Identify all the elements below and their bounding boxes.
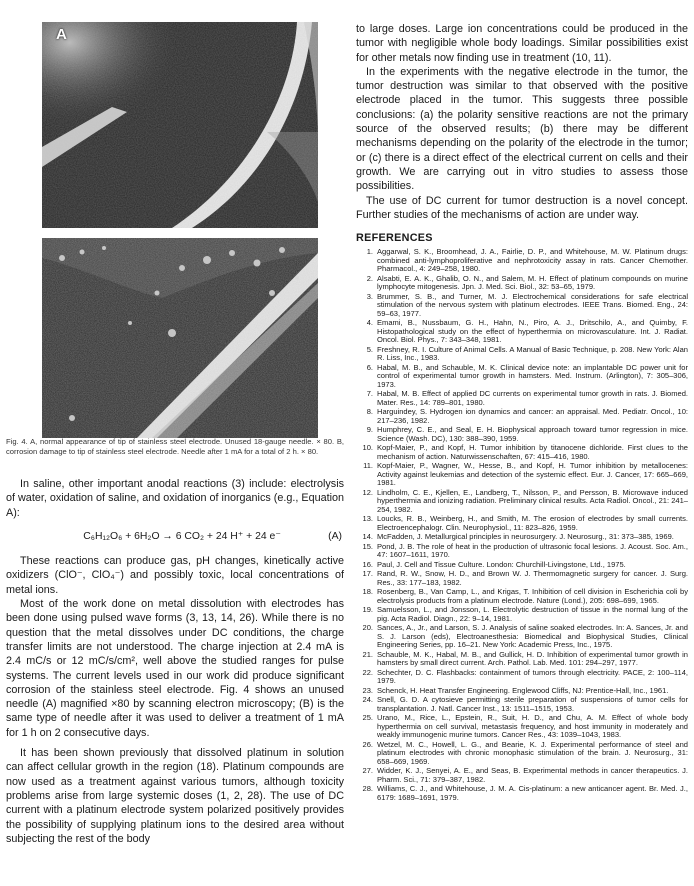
reference-text: Kopf-Maier, P., Wagner, W., Hesse, B., a…: [377, 462, 688, 488]
reference-number: 10.: [356, 444, 377, 461]
reference-text: Schenck, H. Heat Transfer Engineering. E…: [377, 687, 688, 696]
reference-text: Paul, J. Cell and Tissue Culture. London…: [377, 561, 688, 570]
reference-text: Williams, C. J., and Whitehouse, J. M. A…: [377, 785, 688, 802]
paragraph: to large doses. Large ion concentrations…: [356, 22, 688, 65]
reference-text: Rosenberg, B., Van Camp, L., and Krigas,…: [377, 588, 688, 605]
reference-number: 23.: [356, 687, 377, 696]
reference-number: 3.: [356, 293, 377, 319]
reference-text: Humphrey, C. E., and Seal, E. H. Biophys…: [377, 426, 688, 443]
equation-label: (A): [328, 530, 344, 544]
reference-item: 5.Freshney, R. I. Culture of Animal Cell…: [356, 346, 688, 363]
paragraph: In saline, other important anodal reacti…: [6, 477, 344, 520]
reference-number: 24.: [356, 696, 377, 713]
reference-item: 15.Pond, J. B. The role of heat in the p…: [356, 543, 688, 560]
paragraph: These reactions can produce gas, pH chan…: [6, 554, 344, 597]
reference-number: 22.: [356, 669, 377, 686]
paragraph: Most of the work done on metal dissoluti…: [6, 597, 344, 740]
reference-text: Kopf-Maier, P., and Kopf, H. Tumor inhib…: [377, 444, 688, 461]
reference-number: 19.: [356, 606, 377, 623]
reference-number: 25.: [356, 714, 377, 740]
reference-text: Urano, M., Rice, L., Epstein, R., Suit, …: [377, 714, 688, 740]
reference-number: 20.: [356, 624, 377, 650]
reference-item: 21.Schauble, M. K., Habal, M. B., and Gu…: [356, 651, 688, 668]
reference-item: 6.Habal, M. B., and Schauble, M. K. Clin…: [356, 364, 688, 390]
left-body-text: In saline, other important anodal reacti…: [6, 477, 344, 846]
panel-a-label: A: [56, 26, 67, 43]
reference-text: Brummer, S. B., and Turner, M. J. Electr…: [377, 293, 688, 319]
reference-item: 24.Snell, G. D. A cytosieve permitting s…: [356, 696, 688, 713]
reference-item: 4.Emami, B., Nussbaum, G. H., Hahn, N., …: [356, 319, 688, 345]
reference-text: Habal, M. B., and Schauble, M. K. Clinic…: [377, 364, 688, 390]
reference-item: 22.Schechter, D. C. Flashbacks: containm…: [356, 669, 688, 686]
reference-number: 4.: [356, 319, 377, 345]
reference-text: Aggarwal, S. K., Broomhead, J. A., Fairl…: [377, 248, 688, 274]
reference-text: Samuelsson, L., and Jonsson, L. Electrol…: [377, 606, 688, 623]
equation-expression: C₆H₁₂O₆ + 6H₂O → 6 CO₂ + 24 H⁺ + 24 e⁻: [6, 530, 328, 544]
reference-text: Sances, A., Jr., and Larson, S. J. Analy…: [377, 624, 688, 650]
reference-item: 2.Alsabti, E. A. K., Ghalib, O. N., and …: [356, 275, 688, 292]
reference-number: 14.: [356, 533, 377, 542]
reference-item: 11.Kopf-Maier, P., Wagner, W., Hesse, B.…: [356, 462, 688, 488]
journal-page: A Fig. 4. A, norma: [0, 0, 694, 886]
reference-number: 17.: [356, 570, 377, 587]
right-column: to large doses. Large ion concentrations…: [356, 22, 688, 803]
reference-text: Rand, R. W., Snow, H. D., and Brown W. J…: [377, 570, 688, 587]
reference-text: Harguindey, S. Hydrogen ion dynamics and…: [377, 408, 688, 425]
reference-text: Schauble, M. K., Habal, M. B., and Gulli…: [377, 651, 688, 668]
reference-number: 27.: [356, 767, 377, 784]
reference-number: 28.: [356, 785, 377, 802]
reference-text: Loucks, R. B., Weinberg, H., and Smith, …: [377, 515, 688, 532]
reference-item: 20.Sances, A., Jr., and Larson, S. J. An…: [356, 624, 688, 650]
equation-a: C₆H₁₂O₆ + 6H₂O → 6 CO₂ + 24 H⁺ + 24 e⁻ (…: [6, 530, 344, 544]
reference-number: 12.: [356, 489, 377, 515]
reference-text: Pond, J. B. The role of heat in the prod…: [377, 543, 688, 560]
reference-text: Alsabti, E. A. K., Ghalib, O. N., and Sa…: [377, 275, 688, 292]
reference-text: Lindholm, C. E., Kjellen, E., Landberg, …: [377, 489, 688, 515]
reference-number: 2.: [356, 275, 377, 292]
reference-number: 8.: [356, 408, 377, 425]
reference-number: 18.: [356, 588, 377, 605]
reference-item: 17.Rand, R. W., Snow, H. D., and Brown W…: [356, 570, 688, 587]
reference-text: Schechter, D. C. Flashbacks: containment…: [377, 669, 688, 686]
reference-item: 3.Brummer, S. B., and Turner, M. J. Elec…: [356, 293, 688, 319]
reference-text: Emami, B., Nussbaum, G. H., Hahn, N., Pi…: [377, 319, 688, 345]
reference-text: Wetzel, M. C., Howell, L. G., and Bearie…: [377, 741, 688, 767]
reference-number: 1.: [356, 248, 377, 274]
reference-number: 16.: [356, 561, 377, 570]
reference-text: Snell, G. D. A cytosieve permitting ster…: [377, 696, 688, 713]
paragraph: The use of DC current for tumor destruct…: [356, 194, 688, 223]
reference-number: 26.: [356, 741, 377, 767]
micrograph-panel-a: A: [42, 22, 318, 228]
reference-number: 9.: [356, 426, 377, 443]
reference-number: 13.: [356, 515, 377, 532]
reference-item: 10.Kopf-Maier, P., and Kopf, H. Tumor in…: [356, 444, 688, 461]
reference-number: 21.: [356, 651, 377, 668]
references-heading: REFERENCES: [356, 232, 688, 244]
paragraph: It has been shown previously that dissol…: [6, 746, 344, 846]
reference-item: 7.Habal, M. B. Effect of applied DC curr…: [356, 390, 688, 407]
reference-item: 14.McFadden, J. Metallurgical principles…: [356, 533, 688, 542]
reference-item: 8.Harguindey, S. Hydrogen ion dynamics a…: [356, 408, 688, 425]
references-list: 1.Aggarwal, S. K., Broomhead, J. A., Fai…: [356, 248, 688, 802]
reference-item: 16.Paul, J. Cell and Tissue Culture. Lon…: [356, 561, 688, 570]
reference-item: 19.Samuelsson, L., and Jonsson, L. Elect…: [356, 606, 688, 623]
reference-item: 27.Widder, K. J., Senyei, A. E., and Sea…: [356, 767, 688, 784]
reference-item: 28.Williams, C. J., and Whitehouse, J. M…: [356, 785, 688, 802]
reference-number: 7.: [356, 390, 377, 407]
reference-item: 23.Schenck, H. Heat Transfer Engineering…: [356, 687, 688, 696]
reference-item: 12.Lindholm, C. E., Kjellen, E., Landber…: [356, 489, 688, 515]
reference-number: 5.: [356, 346, 377, 363]
reference-item: 13.Loucks, R. B., Weinberg, H., and Smit…: [356, 515, 688, 532]
reference-number: 6.: [356, 364, 377, 390]
reference-item: 9.Humphrey, C. E., and Seal, E. H. Bioph…: [356, 426, 688, 443]
paragraph: In the experiments with the negative ele…: [356, 65, 688, 194]
reference-number: 11.: [356, 462, 377, 488]
reference-text: Widder, K. J., Senyei, A. E., and Seas, …: [377, 767, 688, 784]
reference-item: 1.Aggarwal, S. K., Broomhead, J. A., Fai…: [356, 248, 688, 274]
reference-text: Freshney, R. I. Culture of Animal Cells.…: [377, 346, 688, 363]
reference-item: 18.Rosenberg, B., Van Camp, L., and Krig…: [356, 588, 688, 605]
reference-item: 25.Urano, M., Rice, L., Epstein, R., Sui…: [356, 714, 688, 740]
micrograph-panel-b: [42, 238, 318, 438]
right-body-text: to large doses. Large ion concentrations…: [356, 22, 688, 222]
needle-corroded-image: [42, 238, 318, 438]
reference-text: McFadden, J. Metallurgical principles in…: [377, 533, 688, 542]
reference-text: Habal, M. B. Effect of applied DC curren…: [377, 390, 688, 407]
reference-item: 26.Wetzel, M. C., Howell, L. G., and Bea…: [356, 741, 688, 767]
figure-caption: Fig. 4. A, normal appearance of tip of s…: [6, 437, 344, 458]
needle-unused-image: [42, 22, 318, 228]
reference-number: 15.: [356, 543, 377, 560]
